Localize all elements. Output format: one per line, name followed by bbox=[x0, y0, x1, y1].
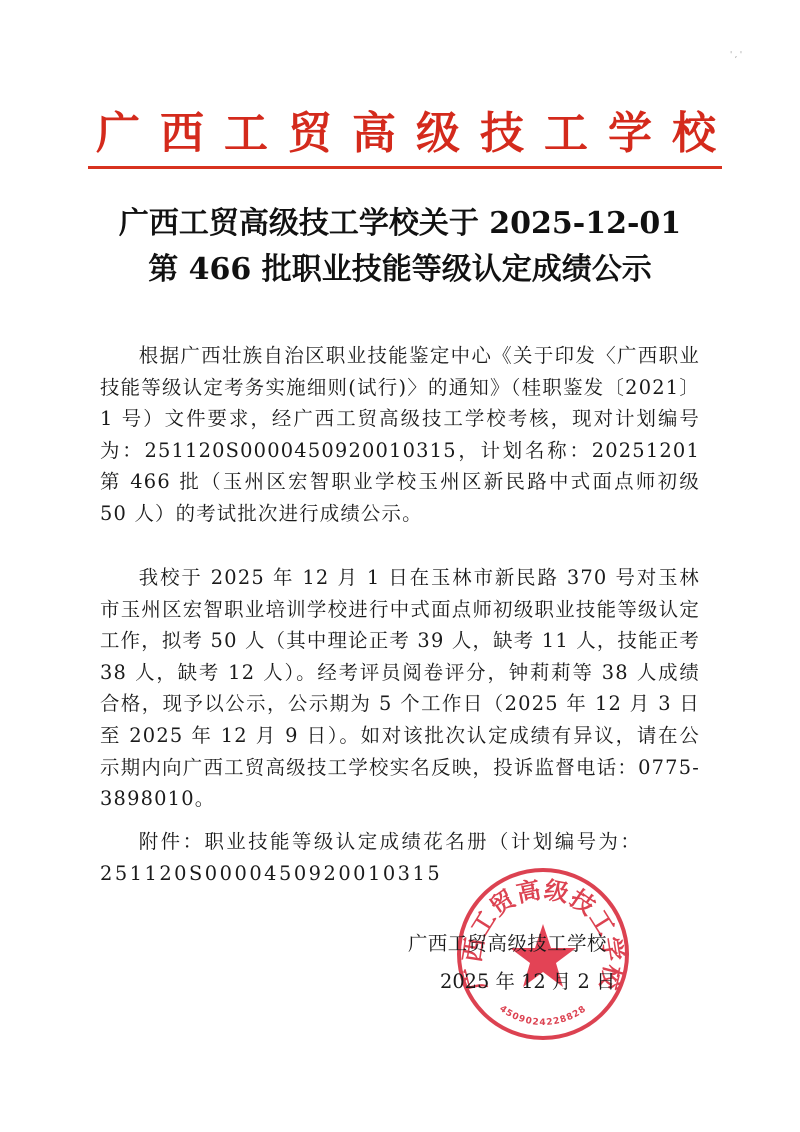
signature-date: 2025 年 12 月 2 日 bbox=[440, 966, 615, 998]
letterhead-char: 高 bbox=[352, 106, 396, 162]
letterhead-char: 西 bbox=[160, 106, 204, 162]
letterhead-divider bbox=[88, 166, 722, 169]
document-title-line-2: 第 466 批职业技能等级认定成绩公示 bbox=[100, 250, 700, 290]
document-title-line-1: 广西工贸高级技工学校关于 2025-12-01 bbox=[100, 204, 700, 244]
letterhead-char: 级 bbox=[416, 106, 460, 162]
letterhead-title: 广 西 工 贸 高 级 技 工 学 校 bbox=[96, 106, 716, 162]
signature-organization: 广西工贸高级技工学校 bbox=[408, 928, 607, 960]
body-paragraph-1: 根据广西壮族自治区职业技能鉴定中心《关于印发〈广西职业技能等级认定考务实施细则(… bbox=[100, 340, 700, 530]
letterhead-char: 技 bbox=[480, 106, 524, 162]
letterhead-char: 工 bbox=[224, 106, 268, 162]
letterhead-char: 学 bbox=[608, 106, 652, 162]
body-paragraph-2: 我校于 2025 年 12 月 1 日在玉林市新民路 370 号对玉林市玉州区宏… bbox=[100, 562, 700, 815]
letterhead-char: 广 bbox=[96, 106, 140, 162]
svg-text:4509024228828: 4509024228828 bbox=[497, 1004, 588, 1028]
letterhead-char: 校 bbox=[672, 106, 716, 162]
letterhead-char: 贸 bbox=[288, 106, 332, 162]
letterhead-char: 工 bbox=[544, 106, 588, 162]
scan-artifact-marks: ' , ' bbox=[730, 50, 742, 59]
